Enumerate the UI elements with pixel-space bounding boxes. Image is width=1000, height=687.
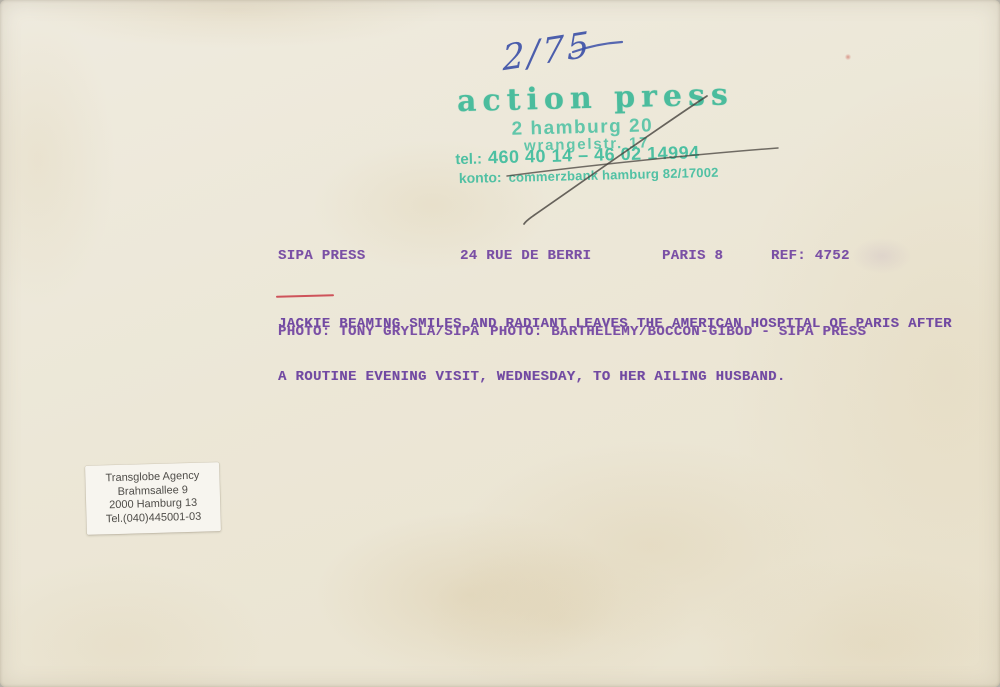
photo-verso-scan: 2/75 action press 2 hamburg 20 wrangelst… bbox=[0, 0, 1000, 687]
transglobe-agency-sticker: Transglobe Agency Brahmsallee 9 2000 Ham… bbox=[85, 462, 221, 535]
stamp-brand-name: action press bbox=[457, 77, 735, 119]
stamp-tel-label: tel.: bbox=[455, 151, 482, 169]
sticker-phone: Tel.(040)445001-03 bbox=[88, 510, 218, 527]
typed-caption: JACKIE BEAMING SMILES AND RADIANT LEAVES… bbox=[278, 281, 952, 421]
typed-agency-city: PARIS 8 bbox=[662, 248, 723, 264]
paper-background: 2/75 action press 2 hamburg 20 wrangelst… bbox=[0, 0, 1000, 687]
stamp-konto-label: konto: bbox=[459, 169, 502, 186]
handwritten-number: 2/75 bbox=[502, 25, 592, 80]
action-press-stamp: action press 2 hamburg 20 wrangelstr. 17… bbox=[451, 76, 794, 196]
typed-photo-credit-2: PHOTO: BARTHELEMY/BOCCON-GIBOD - SIPA PR… bbox=[490, 324, 866, 340]
caption-line-2: A ROUTINE EVENING VISIT, WEDNESDAY, TO H… bbox=[278, 369, 952, 387]
typed-agency-address: 24 RUE DE BERRI bbox=[460, 248, 591, 264]
typed-agency-name: SIPA PRESS bbox=[278, 248, 366, 264]
stamp-konto-value: commerzbank hamburg 82/17002 bbox=[508, 165, 718, 185]
typed-photo-credit-1: PHOTO: TONY GRYLLA/SIPA bbox=[278, 324, 479, 340]
stamp-tel-number: 460 40 14 – 46 02 14994 bbox=[488, 142, 700, 167]
typed-reference-number: REF: 4752 bbox=[771, 248, 850, 264]
